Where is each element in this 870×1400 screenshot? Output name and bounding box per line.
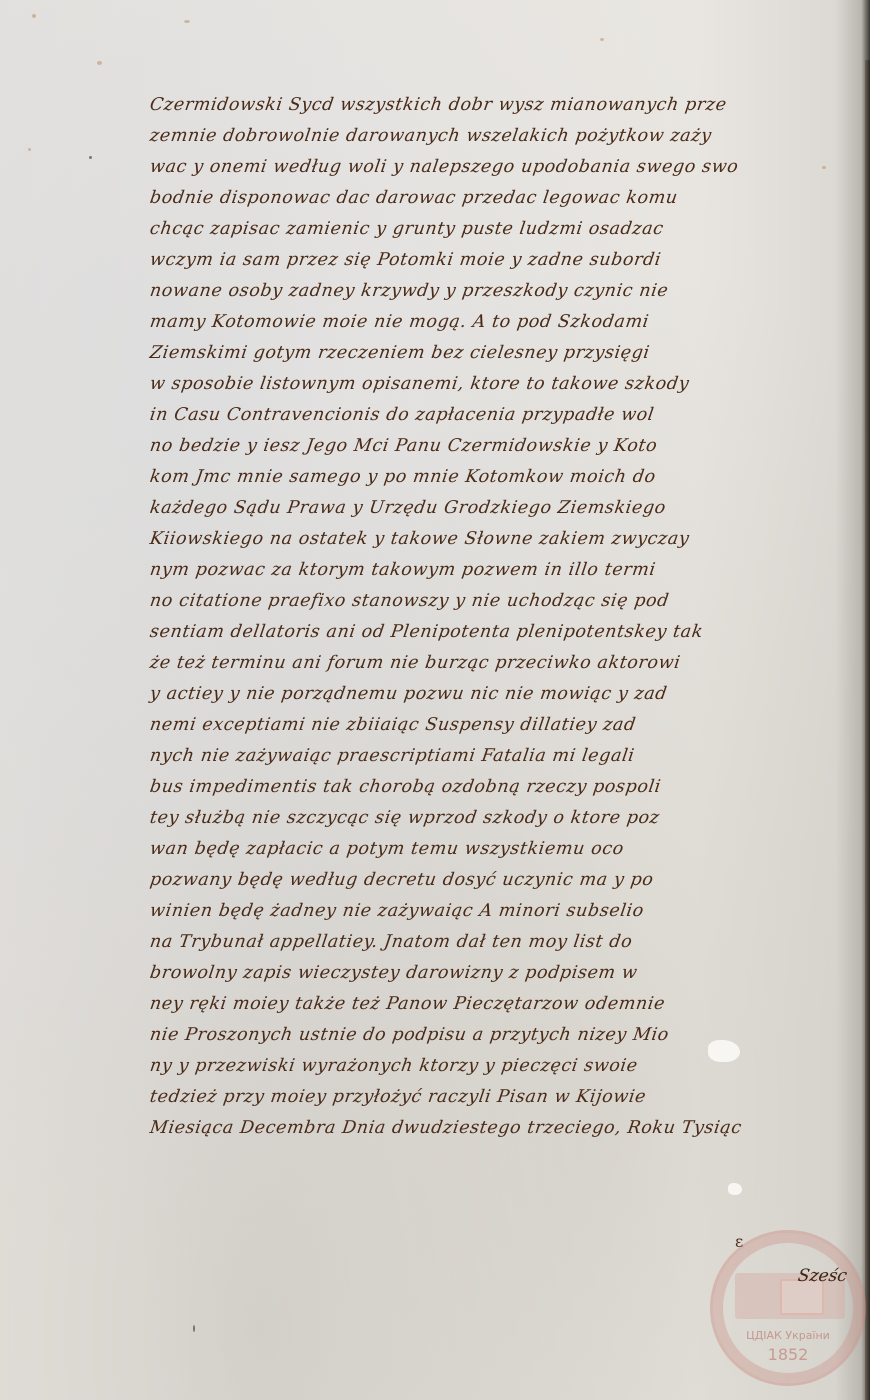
text-line: na Trybunał appellatiey. Jnatom dał ten … xyxy=(149,932,634,952)
text-line: nemi exceptiami nie zbiiaiąc Suspensy di… xyxy=(149,715,638,735)
text-line: bus impedimentis tak chorobą ozdobną rze… xyxy=(149,777,663,797)
text-line: winien będę żadney nie zażywaiąc A minor… xyxy=(149,901,646,921)
text-line: wac y onemi według woli y nalepszego upo… xyxy=(149,157,740,177)
paper-fleck xyxy=(600,38,604,41)
paper-fleck xyxy=(89,156,92,159)
text-line: nie Proszonych ustnie do podpisu a przyt… xyxy=(149,1025,671,1045)
paper-fleck xyxy=(184,20,190,23)
catchword: Sześc xyxy=(797,1266,849,1286)
stamp-archive-name: ЦДІАК України xyxy=(713,1329,863,1342)
text-line: każdego Sądu Prawa y Urzędu Grodzkiego Z… xyxy=(149,498,668,518)
text-line: wczym ia sam przez się Potomki moie y za… xyxy=(149,250,663,270)
paper-fleck xyxy=(28,148,31,151)
paper-fleck xyxy=(822,166,826,169)
text-line: wan będę zapłacic a potym temu wszystkie… xyxy=(149,839,626,859)
text-line: Ziemskimi gotym rzeczeniem bez cielesney… xyxy=(149,343,651,363)
text-line: w sposobie listownym opisanemi, ktore to… xyxy=(149,374,691,394)
text-line: no bedzie y iesz Jego Mci Panu Czermidow… xyxy=(149,436,659,456)
text-line: sentiam dellatoris ani od Plenipotenta p… xyxy=(149,622,705,642)
paper-fleck xyxy=(32,14,36,18)
text-line: Czermidowski Sycd wszystkich dobr wysz m… xyxy=(149,95,728,115)
stamp-year: 1852 xyxy=(713,1345,863,1364)
paper-damage xyxy=(708,1040,740,1062)
text-line: chcąc zapisac zamienic y grunty puste lu… xyxy=(149,219,665,239)
text-line: in Casu Contravencionis do zapłacenia pr… xyxy=(149,405,656,425)
archive-stamp: ЦДІАК України 1852 xyxy=(710,1230,866,1386)
text-line: kom Jmc mnie samego y po mnie Kotomkow m… xyxy=(149,467,658,487)
text-line: bodnie disponowac dac darowac przedac le… xyxy=(149,188,680,208)
text-line: ny y przezwiski wyrażonych ktorzy y piec… xyxy=(149,1056,639,1076)
text-line: że też terminu ani forum nie burząc prze… xyxy=(149,653,682,673)
text-line: no citatione praefixo stanowszy y nie uc… xyxy=(149,591,671,611)
text-line: nych nie zażywaiąc praescriptiami Fatali… xyxy=(149,746,636,766)
text-line: nym pozwac za ktorym takowym pozwem in i… xyxy=(149,560,657,580)
page-binding-edge xyxy=(865,60,870,1400)
paper-damage xyxy=(728,1183,742,1195)
text-line: pozwany będę według decretu dosyć uczyni… xyxy=(149,870,655,890)
paper-fleck xyxy=(97,61,102,65)
text-line: Kiiowskiego na ostatek y takowe Słowne z… xyxy=(149,529,691,549)
text-line: ney ręki moiey także też Panow Pieczętar… xyxy=(149,994,667,1014)
text-line: browolny zapis wieczystey darowizny z po… xyxy=(149,963,639,983)
text-line: mamy Kotomowie moie nie mogą. A to pod S… xyxy=(149,312,651,332)
text-line: tedzież przy moiey przyłożyć raczyli Pis… xyxy=(149,1087,648,1107)
paper-fleck xyxy=(193,1325,195,1332)
text-line: nowane osoby zadney krzywdy y przeszkody… xyxy=(149,281,670,301)
text-line: zemnie dobrowolnie darowanych wszelakich… xyxy=(149,126,713,146)
manuscript-page: Czermidowski Sycd wszystkich dobr wysz m… xyxy=(0,0,870,1400)
text-line: Miesiąca Decembra Dnia dwudziestego trze… xyxy=(149,1118,744,1138)
text-line: y actiey y nie porządnemu pozwu nic nie … xyxy=(149,684,669,704)
text-line: tey służbą nie szczycąc się wprzod szkod… xyxy=(149,808,661,828)
